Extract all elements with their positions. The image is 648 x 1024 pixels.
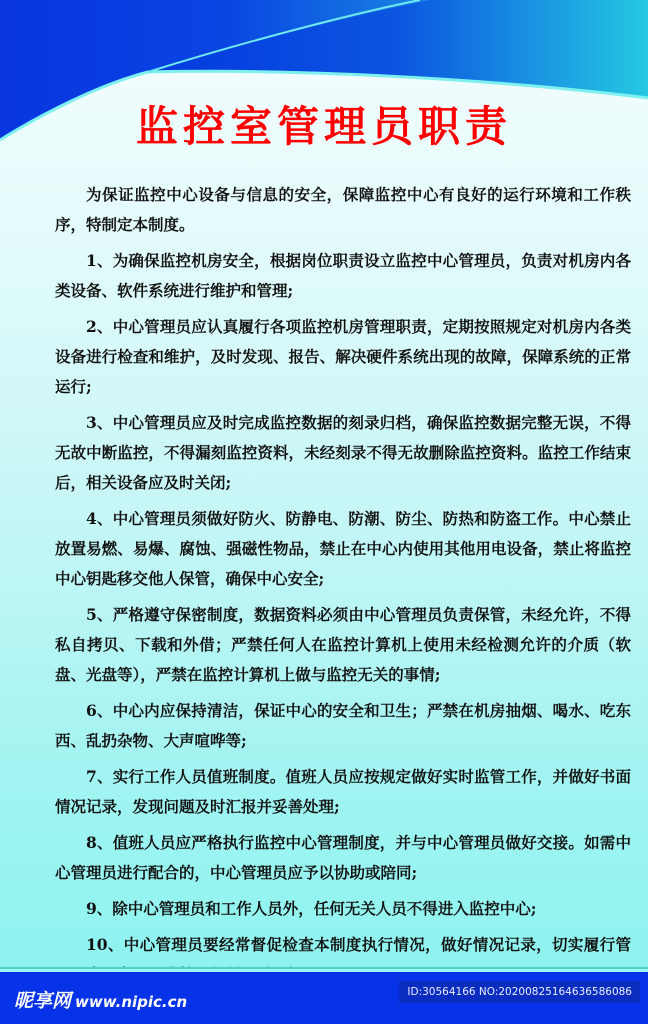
- rule-item-8: 8、值班人员应严格执行监控中心管理制度，并与中心管理员做好交接。如需中心管理员进…: [55, 828, 631, 888]
- rule-item-6: 6、中心内应保持清洁，保证中心的安全和卫生；严禁在机房抽烟、喝水、吃东西、乱扔杂…: [55, 696, 631, 756]
- intro-paragraph: 为保证监控中心设备与信息的安全，保障监控中心有良好的运行环境和工作秩序，特制定本…: [55, 180, 631, 240]
- site-logo[interactable]: 昵享网www.nipic.cn: [14, 986, 187, 1013]
- rule-item-7: 7、实行工作人员值班制度。值班人员应按规定做好实时监管工作，并做好书面情况记录，…: [55, 762, 631, 822]
- image-id-label: ID:30564166 NO:20200825164636586086: [399, 981, 640, 1003]
- rule-item-1: 1、为确保监控机房安全，根据岗位职责设立监控中心管理员，负责对机房内各类设备、软…: [55, 246, 631, 306]
- rule-item-3: 3、中心管理员应及时完成监控数据的刻录归档，确保监控数据完整无误，不得无故中断监…: [55, 408, 631, 498]
- page-title: 监控室管理员职责: [0, 100, 648, 154]
- rule-item-9: 9、除中心管理员和工作人员外，任何无关人员不得进入监控中心;: [55, 894, 631, 924]
- rule-item-4: 4、中心管理员须做好防火、防静电、防潮、防尘、防热和防盗工作。中心禁止放置易燃、…: [55, 504, 631, 594]
- content-body: 为保证监控中心设备与信息的安全，保障监控中心有良好的运行环境和工作秩序，特制定本…: [86, 180, 631, 996]
- rule-item-5: 5、严格遵守保密制度，数据资料必须由中心管理员负责保管，未经允许，不得私自拷贝、…: [55, 600, 631, 690]
- watermark-footer: 昵享网www.nipic.cn ID:30564166 NO:202008251…: [0, 972, 648, 1024]
- rule-item-2: 2、中心管理员应认真履行各项监控机房管理职责，定期按照规定对机房内各类设备进行检…: [55, 312, 631, 402]
- logo-text: 昵享网: [14, 990, 71, 1012]
- site-url[interactable]: www.nipic.cn: [75, 993, 187, 1011]
